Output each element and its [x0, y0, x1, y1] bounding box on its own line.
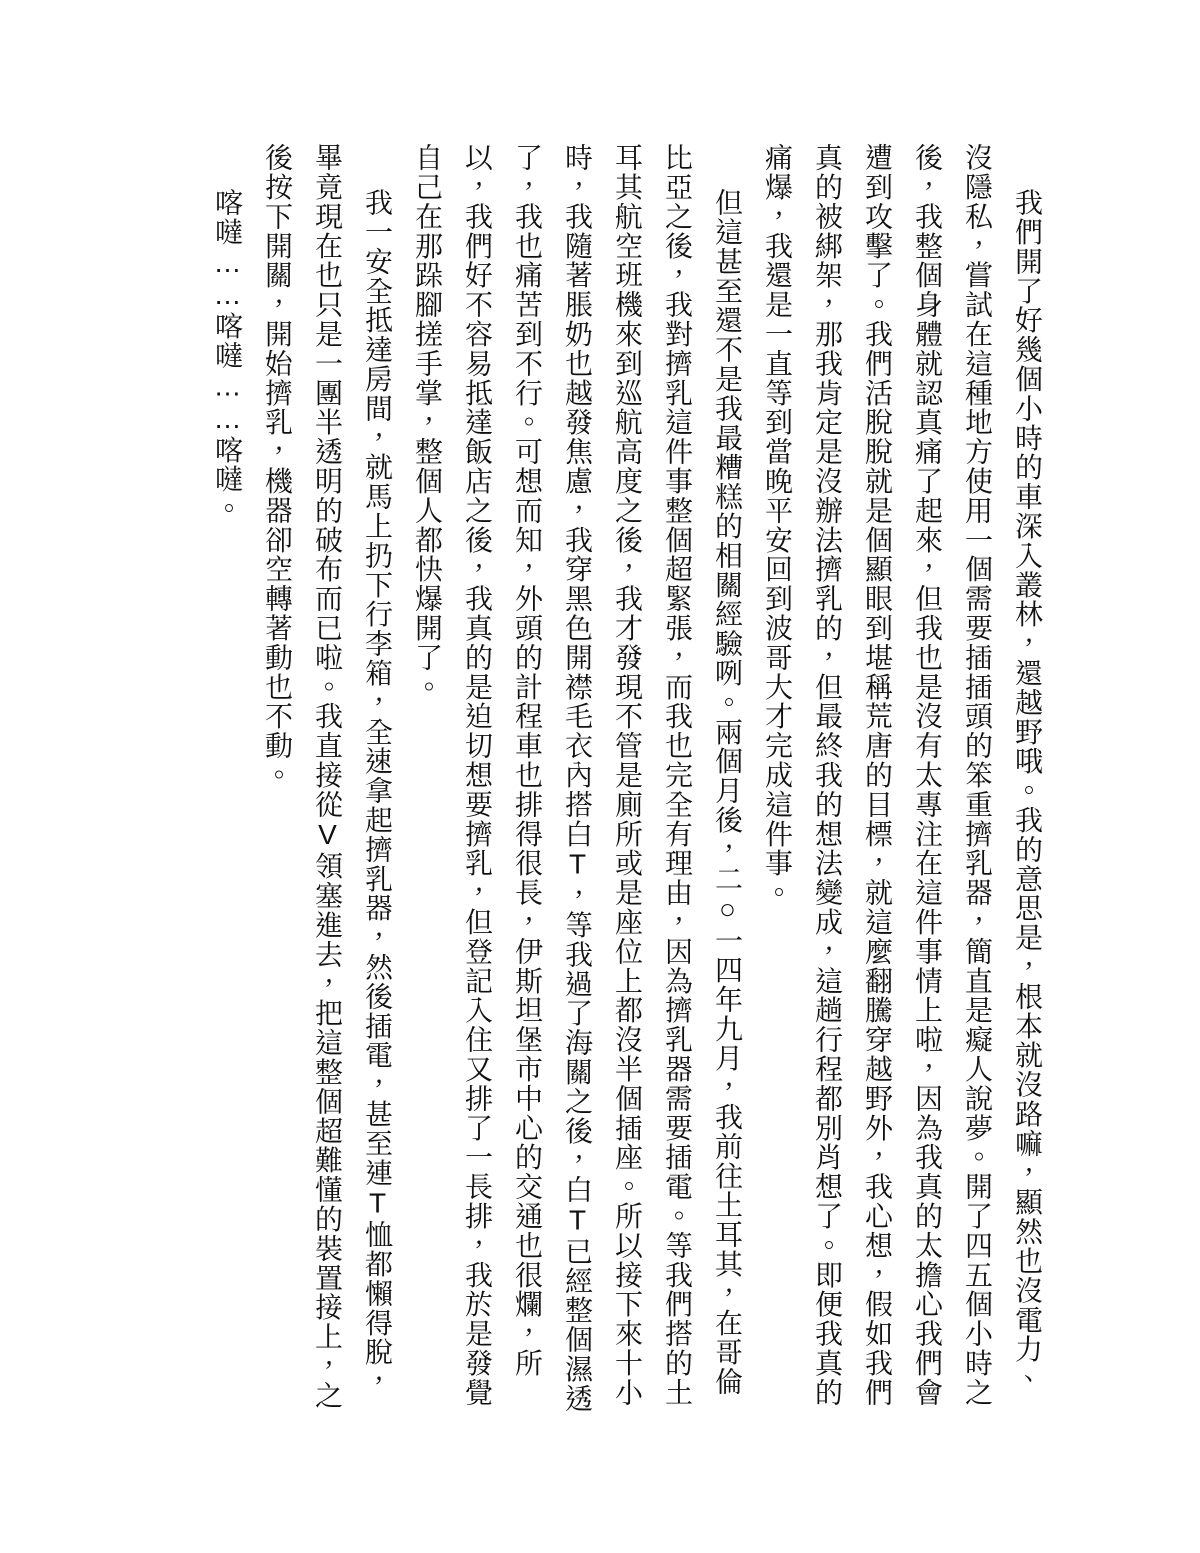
book-page: 我們開了好幾個小時的車深入叢林，還越野哦。我的意思是，根本就沒路嘛，顯然也沒電力…: [0, 0, 1200, 1553]
paragraph-4: 喀噠……喀噠……喀噠。: [202, 143, 252, 1417]
paragraph-2: 但這甚至還不是我最糟糕的相關經驗咧。兩個月後，二○一四年九月，我前往土耳其，在哥…: [402, 143, 752, 1417]
paragraph-1: 我們開了好幾個小時的車深入叢林，還越野哦。我的意思是，根本就沒路嘛，顯然也沒電力…: [752, 143, 1052, 1417]
vertical-text-block: 我們開了好幾個小時的車深入叢林，還越野哦。我的意思是，根本就沒路嘛，顯然也沒電力…: [196, 143, 1052, 1417]
paragraph-3: 我一安全抵達房間，就馬上扔下行李箱，全速拿起擠乳器，然後插電，甚至連T恤都懶得脫…: [252, 143, 402, 1417]
